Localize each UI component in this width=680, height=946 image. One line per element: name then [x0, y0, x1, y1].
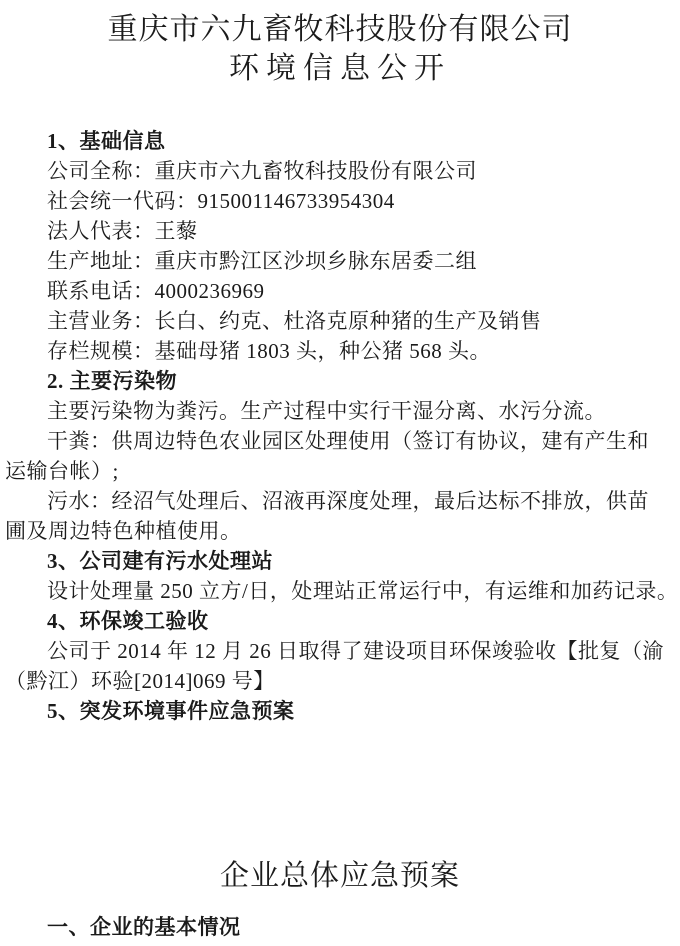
text-line: 主营业务：长白、约克、杜洛克原种猪的生产及销售 — [5, 306, 675, 336]
text-line: 污水：经沼气处理后、沼液再深度处理，最后达标不排放，供苗 — [5, 486, 675, 516]
text-line: 干粪：供周边特色农业园区处理使用（签订有协议，建有产生和 — [5, 426, 675, 456]
section-heading: 1、基础信息 — [5, 126, 675, 156]
text-line: 公司于 2014 年 12 月 26 日取得了建设项目环保竣验收【批复（渝 — [5, 636, 675, 666]
document-page: 重庆市六九畜牧科技股份有限公司 环境信息公开 1、基础信息公司全称：重庆市六九畜… — [0, 0, 680, 942]
section-heading: 5、突发环境事件应急预案 — [5, 696, 675, 726]
section-heading: 4、环保竣工验收 — [5, 606, 675, 636]
document-subtitle: 环境信息公开 — [0, 50, 680, 88]
disclosure-body: 1、基础信息公司全称：重庆市六九畜牧科技股份有限公司社会统一代码：9150011… — [0, 126, 680, 726]
company-name-title: 重庆市六九畜牧科技股份有限公司 — [0, 10, 680, 50]
plan-title: 企业总体应急预案 — [0, 856, 680, 896]
text-line: 公司全称：重庆市六九畜牧科技股份有限公司 — [5, 156, 675, 186]
text-line: 设计处理量 250 立方/日，处理站正常运行中，有运维和加药记录。 — [5, 576, 675, 606]
text-line: 运输台帐）; — [5, 456, 675, 486]
text-line: 联系电话：4000236969 — [5, 276, 675, 306]
section-heading: 3、公司建有污水处理站 — [5, 546, 675, 576]
text-line: 社会统一代码：915001146733954304 — [5, 186, 675, 216]
text-line: 法人代表：王藜 — [5, 216, 675, 246]
text-line: 存栏规模：基础母猪 1803 头，种公猪 568 头。 — [5, 336, 675, 366]
text-line: 生产地址：重庆市黔江区沙坝乡脉东居委二组 — [5, 246, 675, 276]
text-line: （黔江）环验[2014]069 号】 — [5, 666, 675, 696]
plan-section-heading: 一、企业的基本情况 — [0, 912, 680, 942]
text-line: 主要污染物为粪污。生产过程中实行干湿分离、水污分流。 — [5, 396, 675, 426]
section-heading: 2. 主要污染物 — [5, 366, 675, 396]
text-line: 圃及周边特色种植使用。 — [5, 516, 675, 546]
